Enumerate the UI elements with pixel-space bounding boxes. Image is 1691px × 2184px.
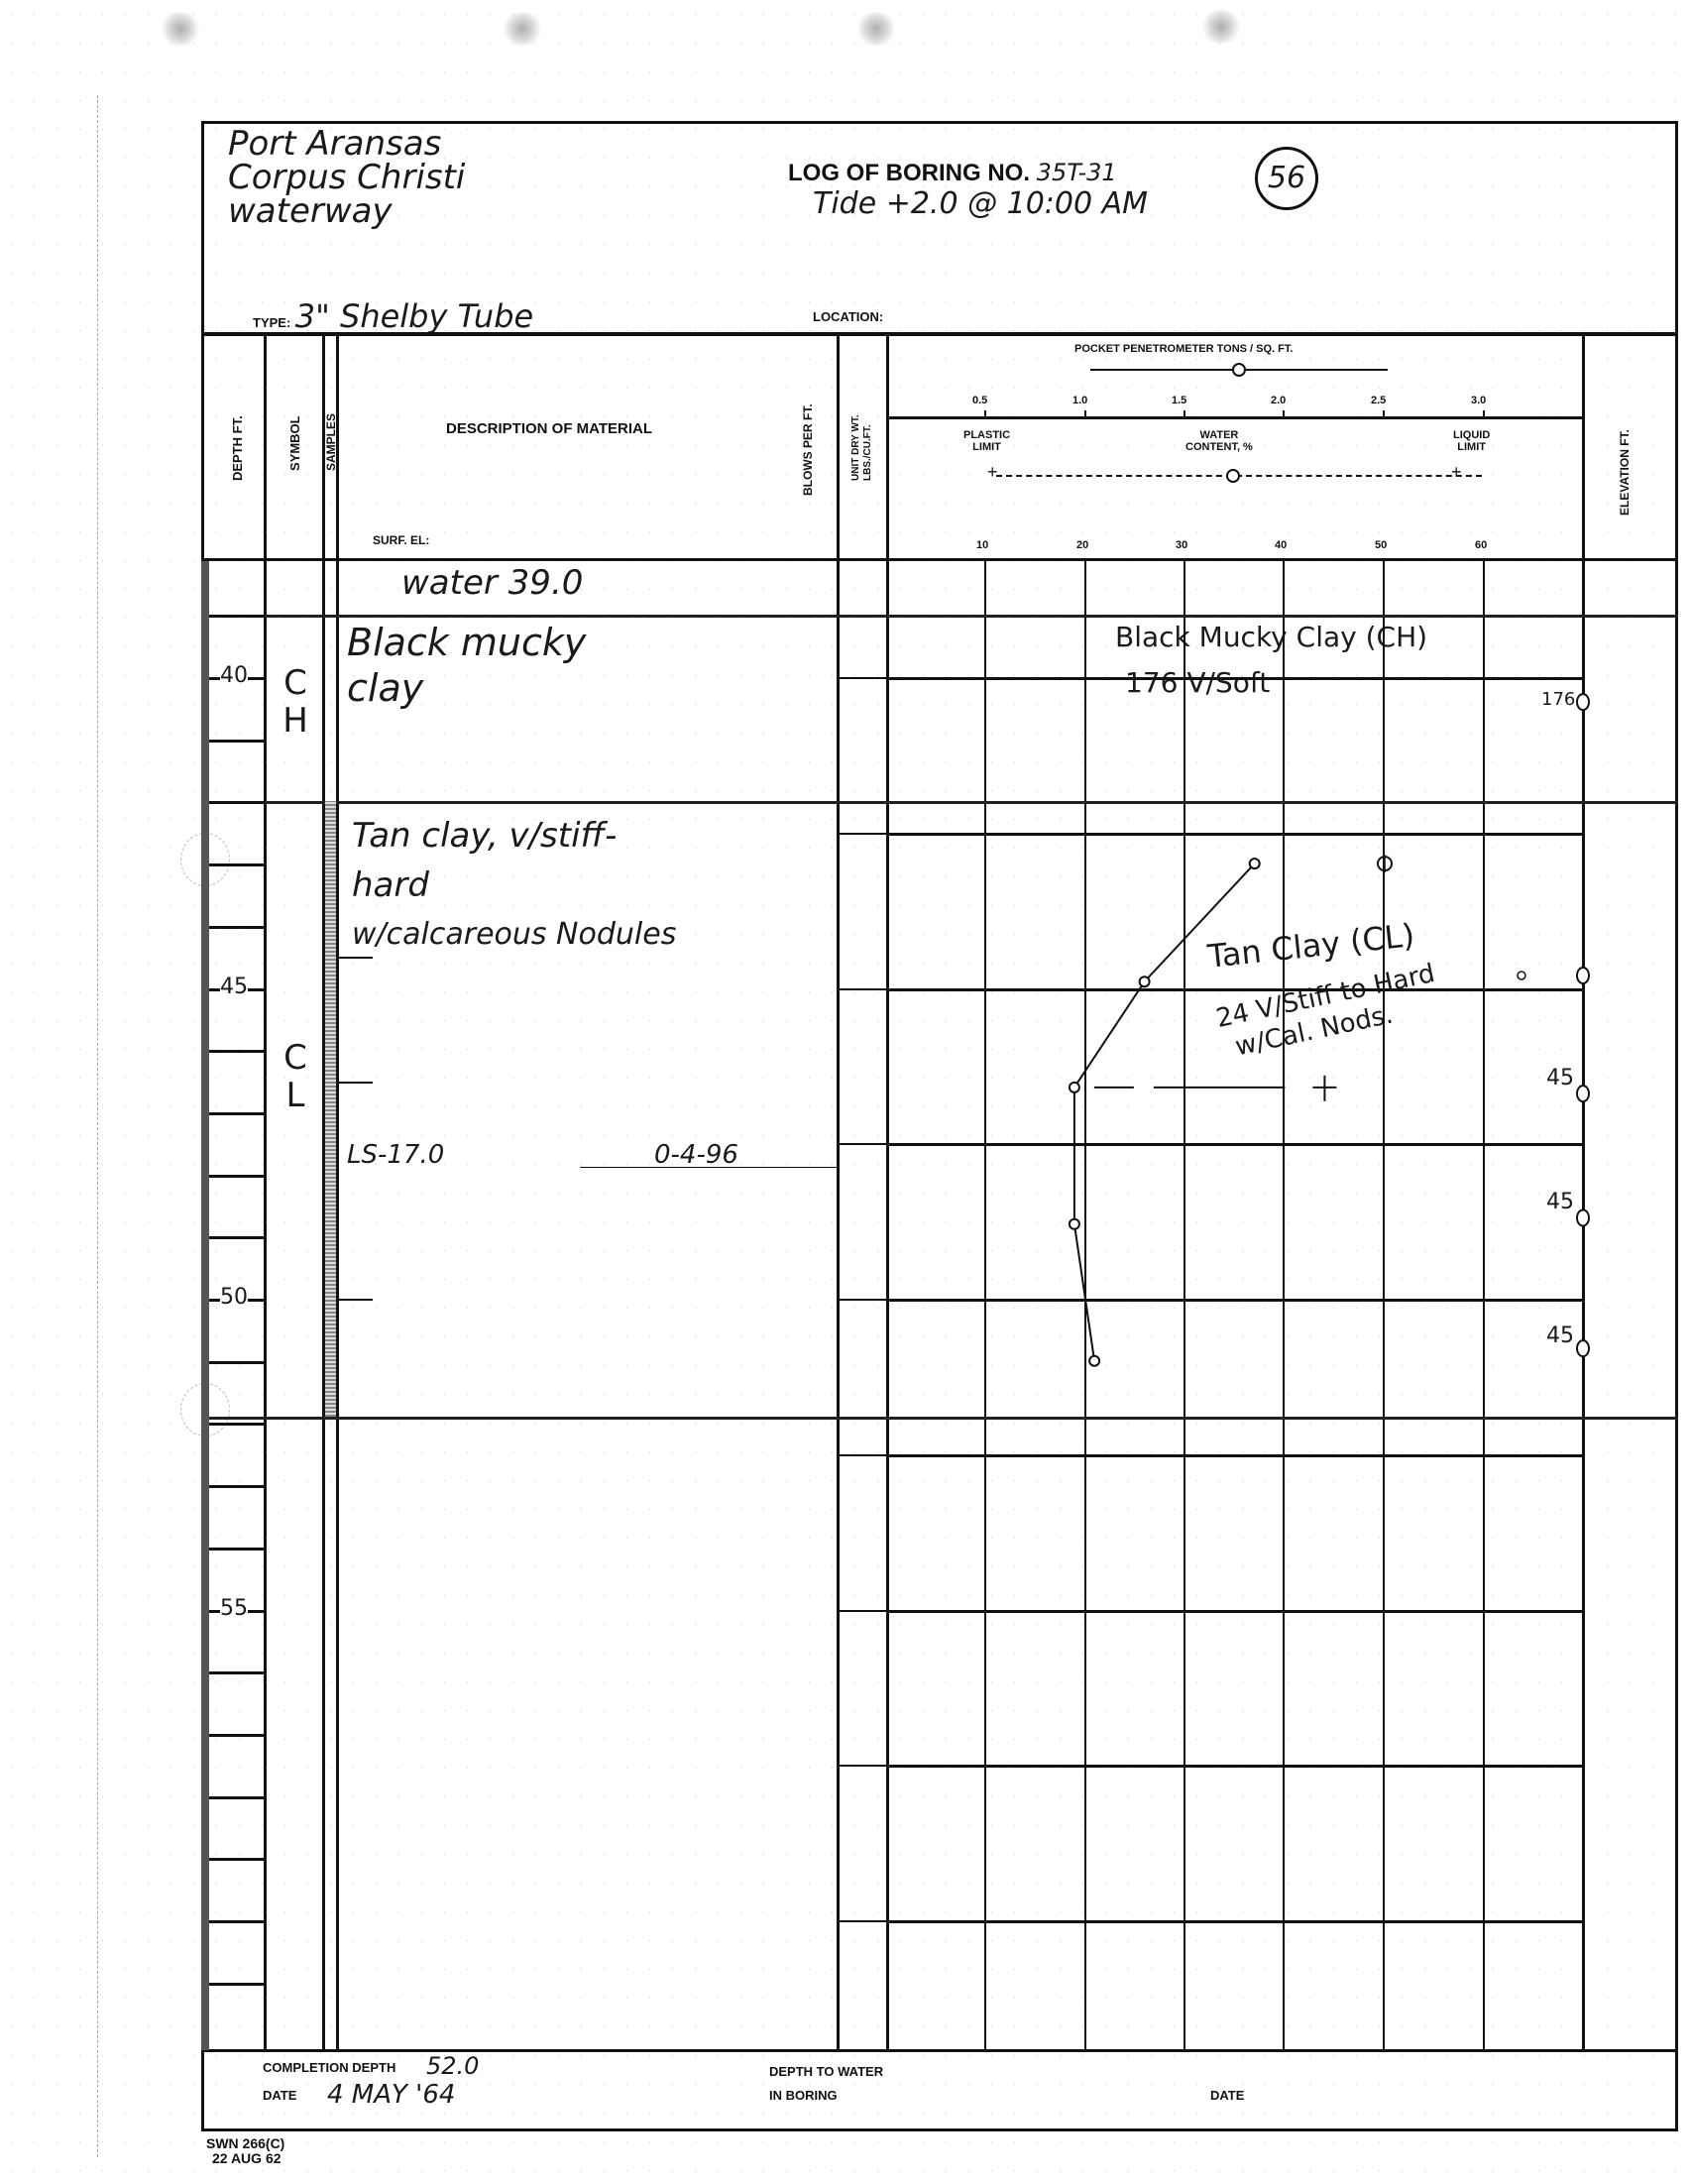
elevation-marker [1577, 1340, 1589, 1356]
grid-hline [887, 1299, 1583, 1302]
depth-tick [205, 1983, 265, 1986]
water-content-tick: 10 [976, 539, 988, 551]
water-content-tick: 50 [1375, 539, 1387, 551]
depth-to-water-label: DEPTH TO WATER [769, 2064, 883, 2079]
stray-marker [1518, 972, 1525, 979]
penetrometer-tick: 1.0 [1072, 395, 1087, 406]
depth-label: 40 [220, 663, 248, 688]
sample-interval [325, 801, 336, 1417]
tick-mark [1283, 410, 1285, 417]
description-tick [339, 957, 373, 959]
depth-tick [205, 1175, 265, 1178]
unit-dry-tick [840, 677, 887, 679]
grid-hline [887, 988, 1583, 991]
depth-tick [205, 1485, 265, 1488]
elevation-marker [1577, 694, 1589, 710]
water-content-point [1250, 859, 1260, 868]
tick-mark [984, 410, 986, 417]
grid-vline [1383, 561, 1385, 2050]
completion-depth-label: COMPLETION DEPTH [263, 2060, 395, 2075]
grid-hline [887, 1765, 1583, 1768]
water-content-point [1089, 1356, 1099, 1366]
depth-tick [205, 863, 265, 866]
water-content-point [1070, 1219, 1079, 1229]
depth-tick [205, 615, 265, 618]
stratum-boundary [201, 615, 1678, 618]
grid-hline [887, 1454, 1583, 1457]
depth-tick [205, 1050, 265, 1053]
depth-tick [205, 1423, 265, 1426]
depth-tick [205, 926, 265, 929]
completion-depth-value: 52.0 [426, 2052, 479, 2080]
depth-to-water-label-2: IN BORING [769, 2088, 838, 2103]
water-content-point [1070, 1083, 1079, 1092]
unit-dry-tick [840, 1610, 887, 1612]
elevation-marker [1577, 968, 1589, 983]
footer-divider [201, 2049, 1678, 2052]
depth-scale-bar [201, 561, 209, 2050]
water-content-plot [0, 0, 1691, 2184]
unit-dry-tick [840, 1920, 887, 1922]
grid-vline [1084, 561, 1086, 2050]
tick-mark [1184, 410, 1185, 417]
tick-mark [1483, 410, 1485, 417]
date-value: 4 MAY '64 [327, 2080, 455, 2110]
depth-tick [205, 1796, 265, 1799]
unit-dry-tick [840, 833, 887, 835]
elevation-marker [1577, 1086, 1589, 1101]
stratum-boundary [201, 1417, 1678, 1420]
penetrometer-tick: 0.5 [972, 395, 987, 406]
date2-label: DATE [1210, 2088, 1244, 2103]
water-content-tick: 60 [1475, 539, 1487, 551]
depth-label: 50 [220, 1285, 248, 1310]
grid-vline [1483, 561, 1485, 2050]
penetrometer-tick: 2.0 [1271, 395, 1286, 406]
depth-label: 45 [220, 975, 248, 999]
grid-hline [887, 1143, 1583, 1146]
grid-vline [984, 561, 986, 2050]
grid-vline [1283, 561, 1285, 2050]
penetrometer-tick: 1.5 [1172, 395, 1186, 406]
date-label: DATE [263, 2088, 296, 2103]
unit-dry-tick [840, 1143, 887, 1145]
tick-mark [1383, 410, 1385, 417]
water-content-line [1074, 863, 1255, 1361]
water-content-point [1140, 977, 1150, 986]
penetrometer-tick: 3.0 [1471, 395, 1486, 406]
form-id: SWN 266(C) 22 AUG 62 [206, 2136, 284, 2166]
depth-tick [205, 740, 265, 743]
depth-tick [205, 1236, 265, 1239]
depth-tick [205, 801, 265, 804]
unit-dry-tick [840, 1765, 887, 1767]
grid-hline [887, 1610, 1583, 1613]
penetrometer-tick: 2.5 [1371, 395, 1386, 406]
unit-dry-tick [840, 988, 887, 990]
grid-vline [1184, 561, 1185, 2050]
depth-label: 55 [220, 1596, 248, 1621]
description-tick [339, 1299, 373, 1301]
description-tick [339, 1082, 373, 1084]
depth-tick [205, 1671, 265, 1674]
depth-tick [205, 1548, 265, 1551]
unit-dry-tick [840, 1454, 887, 1456]
elevation-marker [1577, 1209, 1589, 1225]
grid-hline [887, 677, 1583, 680]
water-content-tick: 40 [1275, 539, 1287, 551]
depth-tick [205, 1858, 265, 1861]
depth-tick [205, 1734, 265, 1737]
depth-tick [205, 1361, 265, 1364]
unit-dry-tick [840, 1299, 887, 1301]
grid-hline [887, 1920, 1583, 1923]
depth-tick [205, 1920, 265, 1923]
stratum-boundary [201, 801, 1678, 804]
water-content-tick: 20 [1076, 539, 1088, 551]
depth-tick [205, 1112, 265, 1115]
tick-mark [1084, 410, 1086, 417]
water-content-tick: 30 [1176, 539, 1187, 551]
grid-hline [887, 833, 1583, 836]
